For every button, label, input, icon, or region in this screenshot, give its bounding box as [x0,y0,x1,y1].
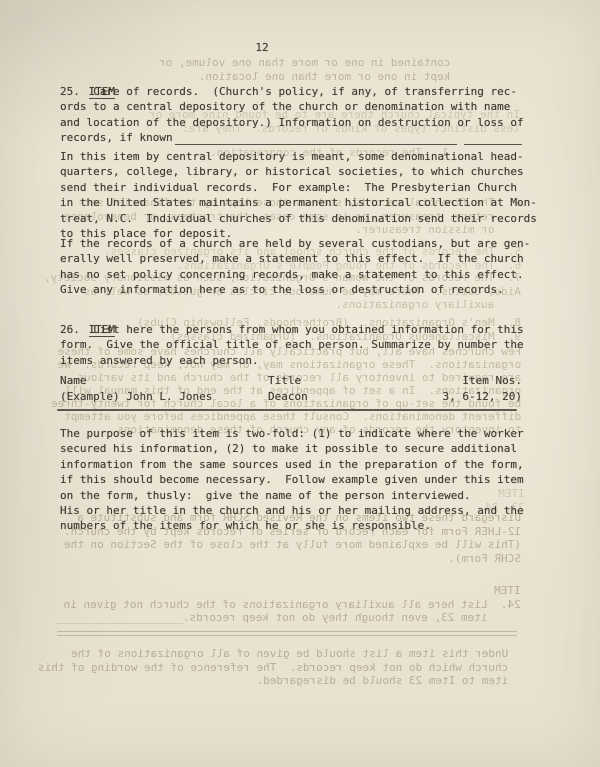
table-header-title: Title [268,373,301,388]
table-cell-name: (Example) John L. Jones [60,389,212,404]
page-number: 12 [0,40,524,55]
records-known-blank-row: records, if known [60,130,522,145]
bleedthrough-text: Under this item a list should be given o… [38,647,508,688]
bleedthrough-rule [57,631,517,632]
records-known-label: records, if known [60,130,173,145]
table-header-name: Name [60,373,87,388]
table-cell-item-nos: 3, 6-12, 20) [430,389,522,404]
bleedthrough-text: contained in one or more than one volume… [159,56,450,83]
paragraph-purpose: The purpose of this item is two-fold: (1… [60,426,524,534]
table-header-item-nos: Item Nos. [430,373,522,388]
fill-in-blank-line [175,131,457,145]
paragraph-depository: In this item by central depository is me… [60,149,537,241]
bleedthrough-rule [57,635,517,636]
section-divider-rule [57,409,517,411]
bleedthrough-text: ITEM 24. List here all auxiliary organiz… [57,584,521,625]
paragraph-custodians: If the records of a church are held by s… [60,236,530,298]
table-cell-title: Deacon [268,389,308,404]
scanned-page: contained in one or more than one volume… [0,0,600,767]
item-26-text: 26. List here the persons from whom you … [60,322,524,368]
item-25-text: 25. Care of records. (Church's policy, i… [60,84,524,130]
fill-in-blank-line [464,131,522,145]
